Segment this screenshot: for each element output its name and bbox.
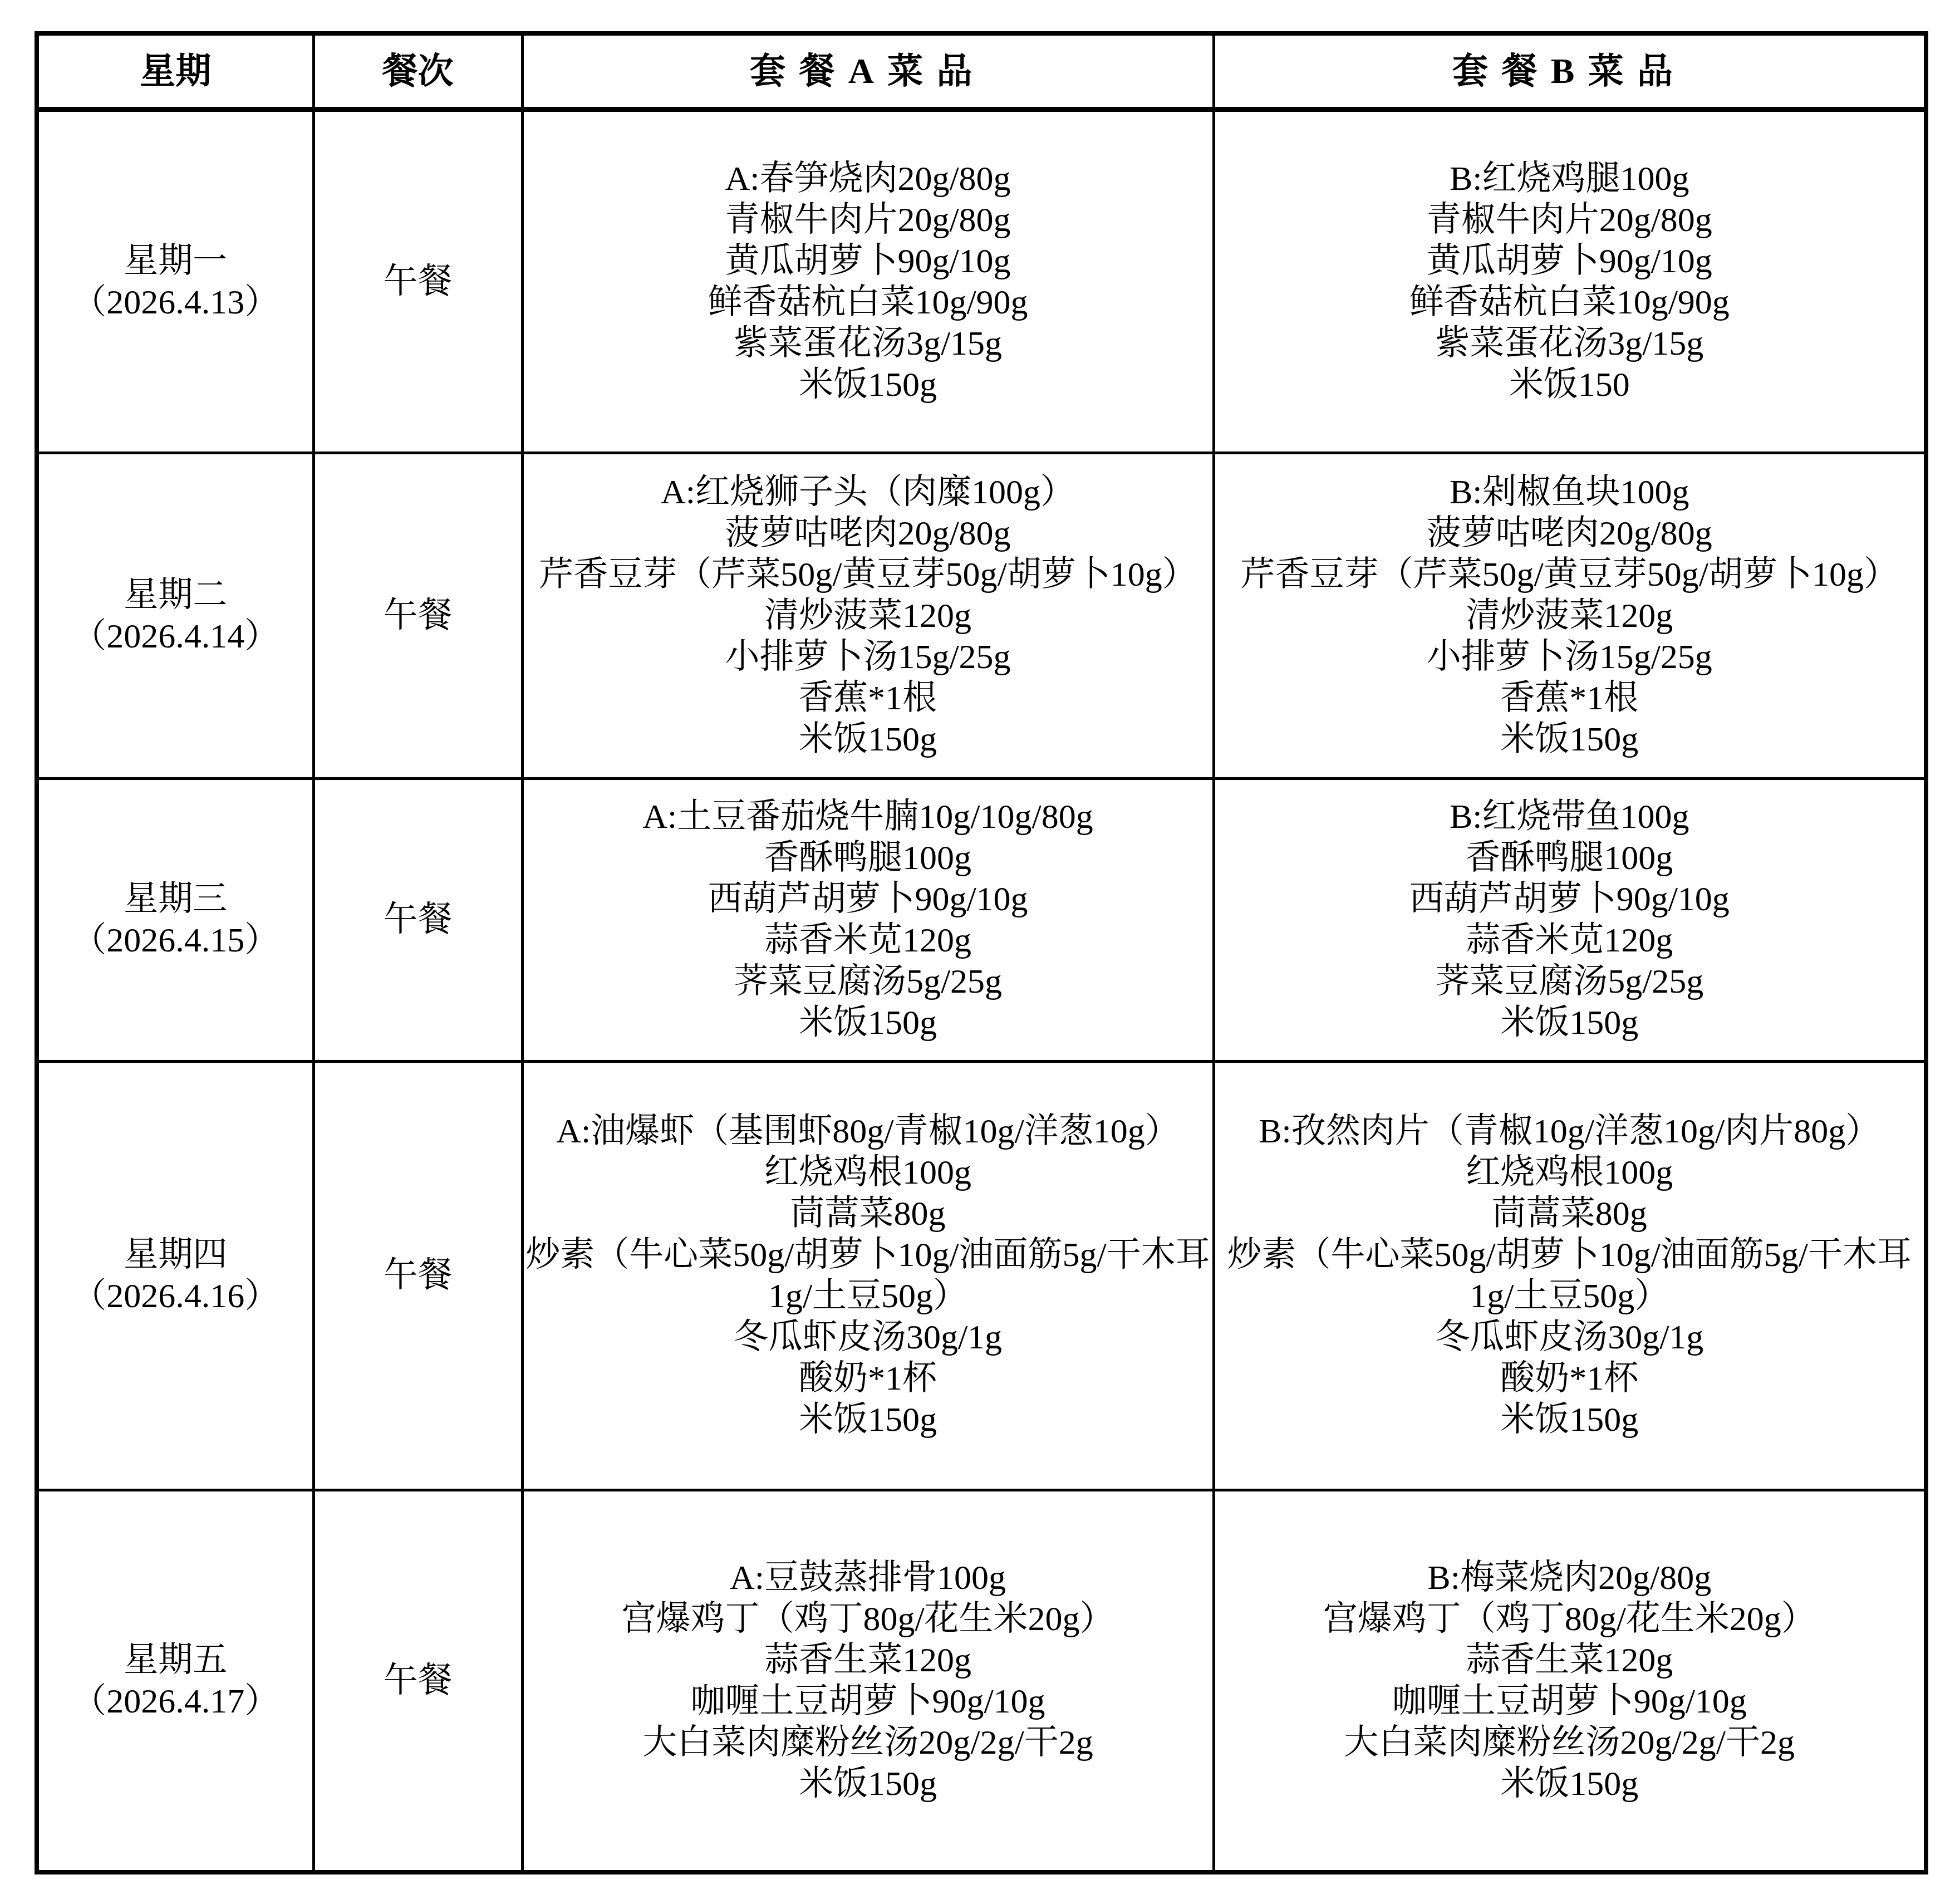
set-b-cell: B:红烧鸡腿100g 青椒牛肉片20g/80g 黄瓜胡萝卜90g/10g 鲜香菇… (1214, 109, 1926, 453)
day-cell: 星期二 （2026.4.14） (37, 453, 313, 778)
menu-row-thursday: 星期四 （2026.4.16） 午餐 A:油爆虾（基围虾80g/青椒10g/洋葱… (37, 1061, 1926, 1490)
set-b-cell: B:剁椒鱼块100g 菠萝咕咾肉20g/80g 芹香豆芽（芹菜50g/黄豆芽50… (1214, 453, 1926, 778)
weekly-lunch-menu-page: 星期 餐次 套餐A菜品 套餐B菜品 星期一 （2026.4.13） 午餐 A:春… (0, 0, 1955, 1904)
set-a-cell: A:油爆虾（基围虾80g/青椒10g/洋葱10g） 红烧鸡根100g 茼蒿菜80… (522, 1061, 1214, 1490)
set-b-cell: B:梅菜烧肉20g/80g 宫爆鸡丁（鸡丁80g/花生米20g） 蒜香生菜120… (1214, 1490, 1926, 1872)
header-row: 星期 餐次 套餐A菜品 套餐B菜品 (37, 33, 1926, 109)
day-cell: 星期一 （2026.4.13） (37, 109, 313, 453)
day-cell: 星期四 （2026.4.16） (37, 1061, 313, 1490)
set-a-cell: A:土豆番茄烧牛腩10g/10g/80g 香酥鸭腿100g 西葫芦胡萝卜90g/… (522, 778, 1214, 1061)
set-b-cell: B:孜然肉片（青椒10g/洋葱10g/肉片80g） 红烧鸡根100g 茼蒿菜80… (1214, 1061, 1926, 1490)
meal-cell: 午餐 (313, 109, 522, 453)
set-a-cell: A:春笋烧肉20g/80g 青椒牛肉片20g/80g 黄瓜胡萝卜90g/10g … (522, 109, 1214, 453)
header-meal: 餐次 (313, 33, 522, 109)
menu-row-tuesday: 星期二 （2026.4.14） 午餐 A:红烧狮子头（肉糜100g） 菠萝咕咾肉… (37, 453, 1926, 778)
menu-table: 星期 餐次 套餐A菜品 套餐B菜品 星期一 （2026.4.13） 午餐 A:春… (35, 31, 1928, 1874)
menu-row-monday: 星期一 （2026.4.13） 午餐 A:春笋烧肉20g/80g 青椒牛肉片20… (37, 109, 1926, 453)
set-b-cell: B:红烧带鱼100g 香酥鸭腿100g 西葫芦胡萝卜90g/10g 蒜香米苋12… (1214, 778, 1926, 1061)
header-day: 星期 (37, 33, 313, 109)
header-set-a: 套餐A菜品 (522, 33, 1214, 109)
day-cell: 星期三 （2026.4.15） (37, 778, 313, 1061)
meal-cell: 午餐 (313, 453, 522, 778)
meal-cell: 午餐 (313, 1490, 522, 1872)
day-cell: 星期五 （2026.4.17） (37, 1490, 313, 1872)
header-set-b: 套餐B菜品 (1214, 33, 1926, 109)
meal-cell: 午餐 (313, 1061, 522, 1490)
set-a-cell: A:豆鼓蒸排骨100g 宫爆鸡丁（鸡丁80g/花生米20g） 蒜香生菜120g … (522, 1490, 1214, 1872)
meal-cell: 午餐 (313, 778, 522, 1061)
menu-row-friday: 星期五 （2026.4.17） 午餐 A:豆鼓蒸排骨100g 宫爆鸡丁（鸡丁80… (37, 1490, 1926, 1872)
set-a-cell: A:红烧狮子头（肉糜100g） 菠萝咕咾肉20g/80g 芹香豆芽（芹菜50g/… (522, 453, 1214, 778)
menu-row-wednesday: 星期三 （2026.4.15） 午餐 A:土豆番茄烧牛腩10g/10g/80g … (37, 778, 1926, 1061)
